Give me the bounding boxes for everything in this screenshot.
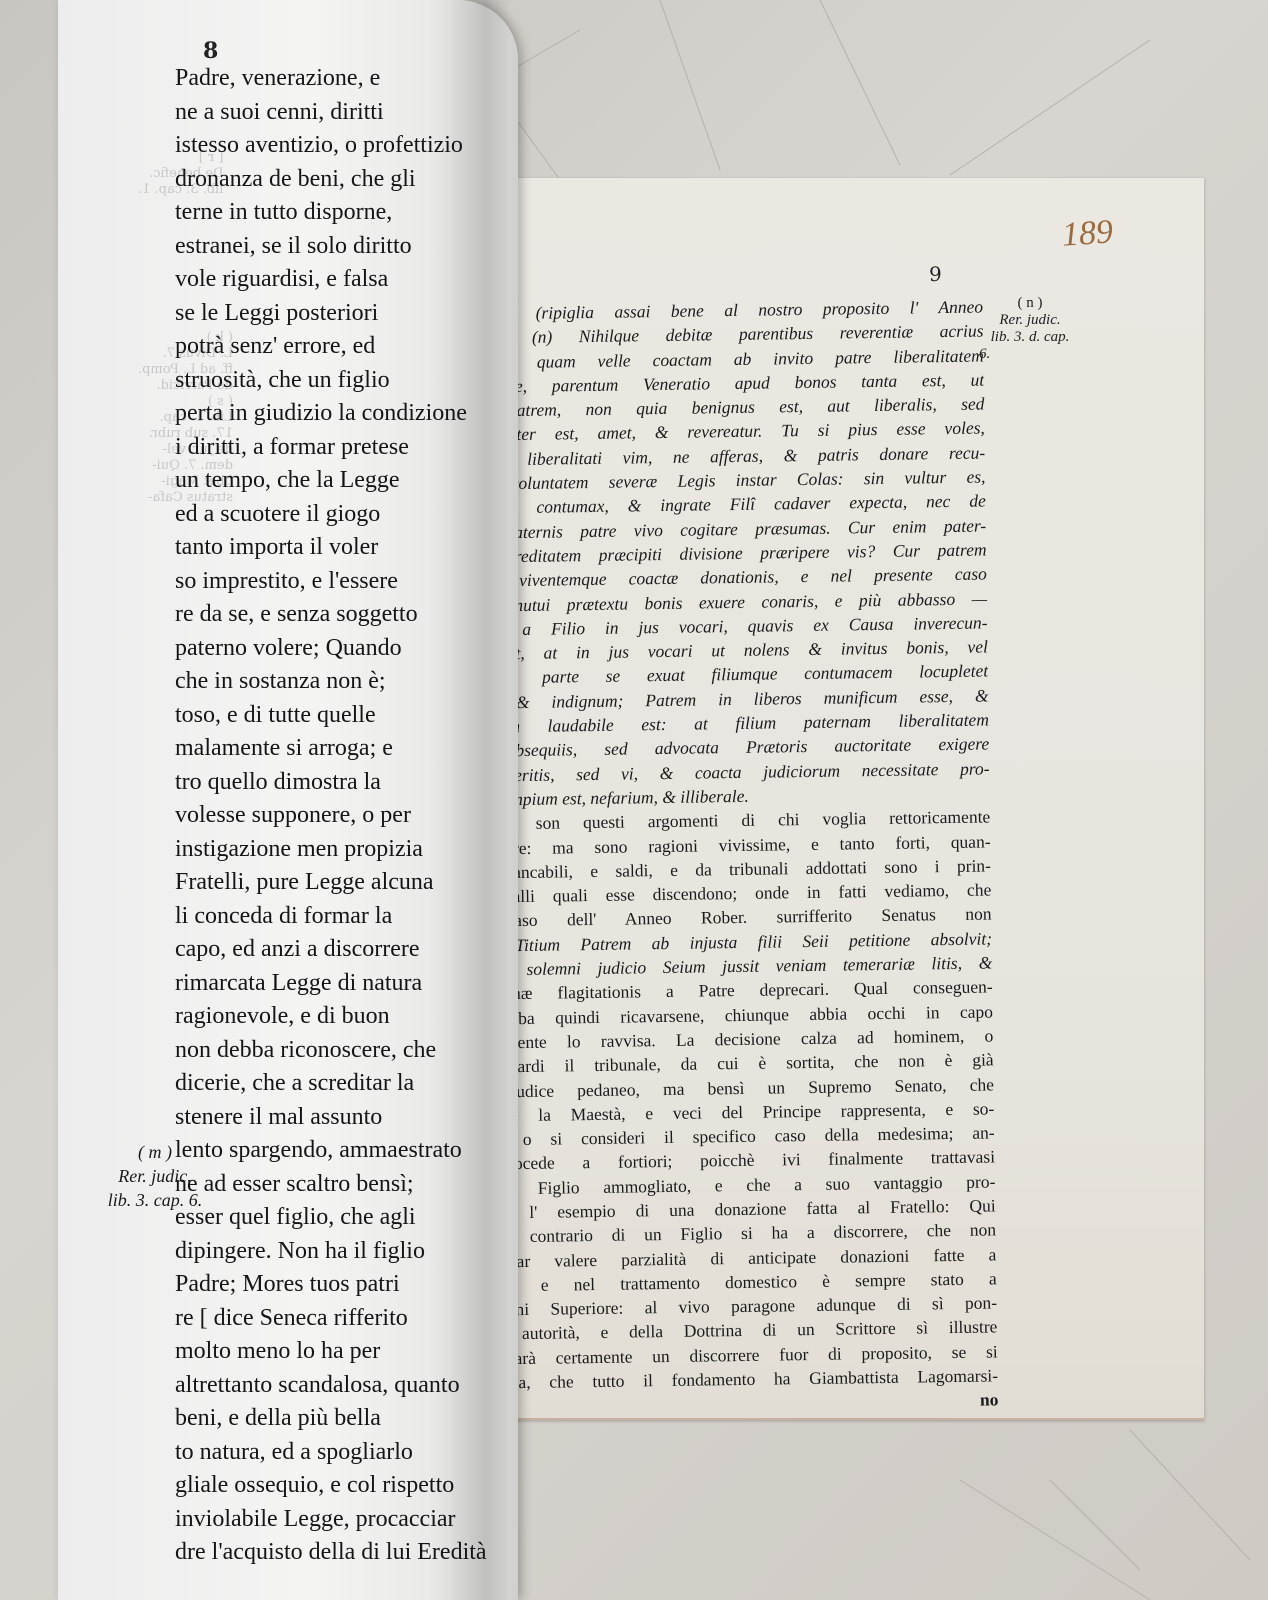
text-line: lento spargendo, ammaestrato (175, 1134, 495, 1168)
text-line: struosità, che un figlio (175, 364, 495, 398)
text-line: non debba riconoscere, che (175, 1034, 495, 1068)
text-line: ragionevole, e di buon (175, 1000, 495, 1034)
text-line: altrettanto scandalosa, quanto (175, 1369, 495, 1403)
text-line: dre l'acquisto della di lui Eredità (175, 1536, 495, 1570)
margin-note-line: 6. (975, 346, 1085, 363)
text-line: molto meno lo ha per (175, 1335, 495, 1369)
text-line: rimarcata Legge di natura (175, 967, 495, 1001)
margin-note-marker: ( m ) (95, 1140, 215, 1164)
text-line: ne ad esser scaltro bensì; (175, 1168, 495, 1202)
margin-note-line: lib. 3. cap. 6. (95, 1188, 215, 1212)
text-line: dipingere. Non ha il figlio (175, 1235, 495, 1269)
handwritten-folio-number: 189 (1061, 213, 1115, 254)
margin-note-right: ( n ) Rer. judic. lib. 3. d. cap. 6. (975, 295, 1085, 363)
text-line: se le Leggi posteriori (175, 297, 495, 331)
text-line: esser quel figlio, che agli (175, 1201, 495, 1235)
text-line: re [ dice Seneca rifferito (175, 1302, 495, 1336)
text-line: dicerie, che a screditar la (175, 1067, 495, 1101)
text-line: beni, e della più bella (175, 1402, 495, 1436)
margin-note-line: lib. 3. d. cap. (975, 329, 1085, 346)
text-line: volesse supponere, o per (175, 799, 495, 833)
text-line: potrà senz' errore, ed (175, 330, 495, 364)
text-line: estranei, se il solo diritto (175, 230, 495, 264)
margin-note-line: Rer. judic. (95, 1164, 215, 1188)
text-line: i diritti, a formar pretese (175, 431, 495, 465)
text-line: inviolabile Legge, procacciar (175, 1503, 495, 1537)
page-number-right: 9 (929, 262, 942, 286)
text-line: Fratelli, pure Legge alcuna (175, 866, 495, 900)
text-line: to natura, ed a spogliarlo (175, 1436, 495, 1470)
text-line: terne in tutto disporne, (175, 196, 495, 230)
text-line: stenere il mal assunto (175, 1101, 495, 1135)
text-line: che in sostanza non è; (175, 665, 495, 699)
margin-note-line: Rer. judic. (975, 312, 1085, 329)
right-page-body-text: adversum (ripiglia assai bene al nostro … (447, 295, 999, 1420)
text-line: instigazione men propizia (175, 833, 495, 867)
text-line: istesso aventizio, o profettizio (175, 129, 495, 163)
left-page-body-text: Padre, venerazione, ene a suoi cenni, di… (175, 62, 495, 1570)
text-line: Padre; Mores tuos patri (175, 1268, 495, 1302)
margin-note-left: ( m ) Rer. judic. lib. 3. cap. 6. (95, 1140, 215, 1212)
text-line: tanto importa il voler (175, 531, 495, 565)
text-line: capo, ed anzi a discorrere (175, 933, 495, 967)
text-line: perta in giudizio la condizione (175, 397, 495, 431)
text-line: paterno volere; Quando (175, 632, 495, 666)
text-line: ne a suoi cenni, diritti (175, 96, 495, 130)
page-number-left: 8 (203, 38, 218, 64)
text-line: toso, e di tutte quelle (175, 699, 495, 733)
text-line: Padre, venerazione, e (175, 62, 495, 96)
text-line: malamente si arroga; e (175, 732, 495, 766)
text-line: so imprestito, e l'essere (175, 565, 495, 599)
text-line: un tempo, che la Legge (175, 464, 495, 498)
text-line: ed a scuotere il giogo (175, 498, 495, 532)
text-line: tro quello dimostra la (175, 766, 495, 800)
margin-note-marker: ( n ) (975, 295, 1085, 312)
text-line: re da se, e senza soggetto (175, 598, 495, 632)
text-line: dronanza de beni, che gli (175, 163, 495, 197)
text-line: li conceda di formar la (175, 900, 495, 934)
text-line: gliale ossequio, e col rispetto (175, 1469, 495, 1503)
text-line: vole riguardisi, e falsa (175, 263, 495, 297)
